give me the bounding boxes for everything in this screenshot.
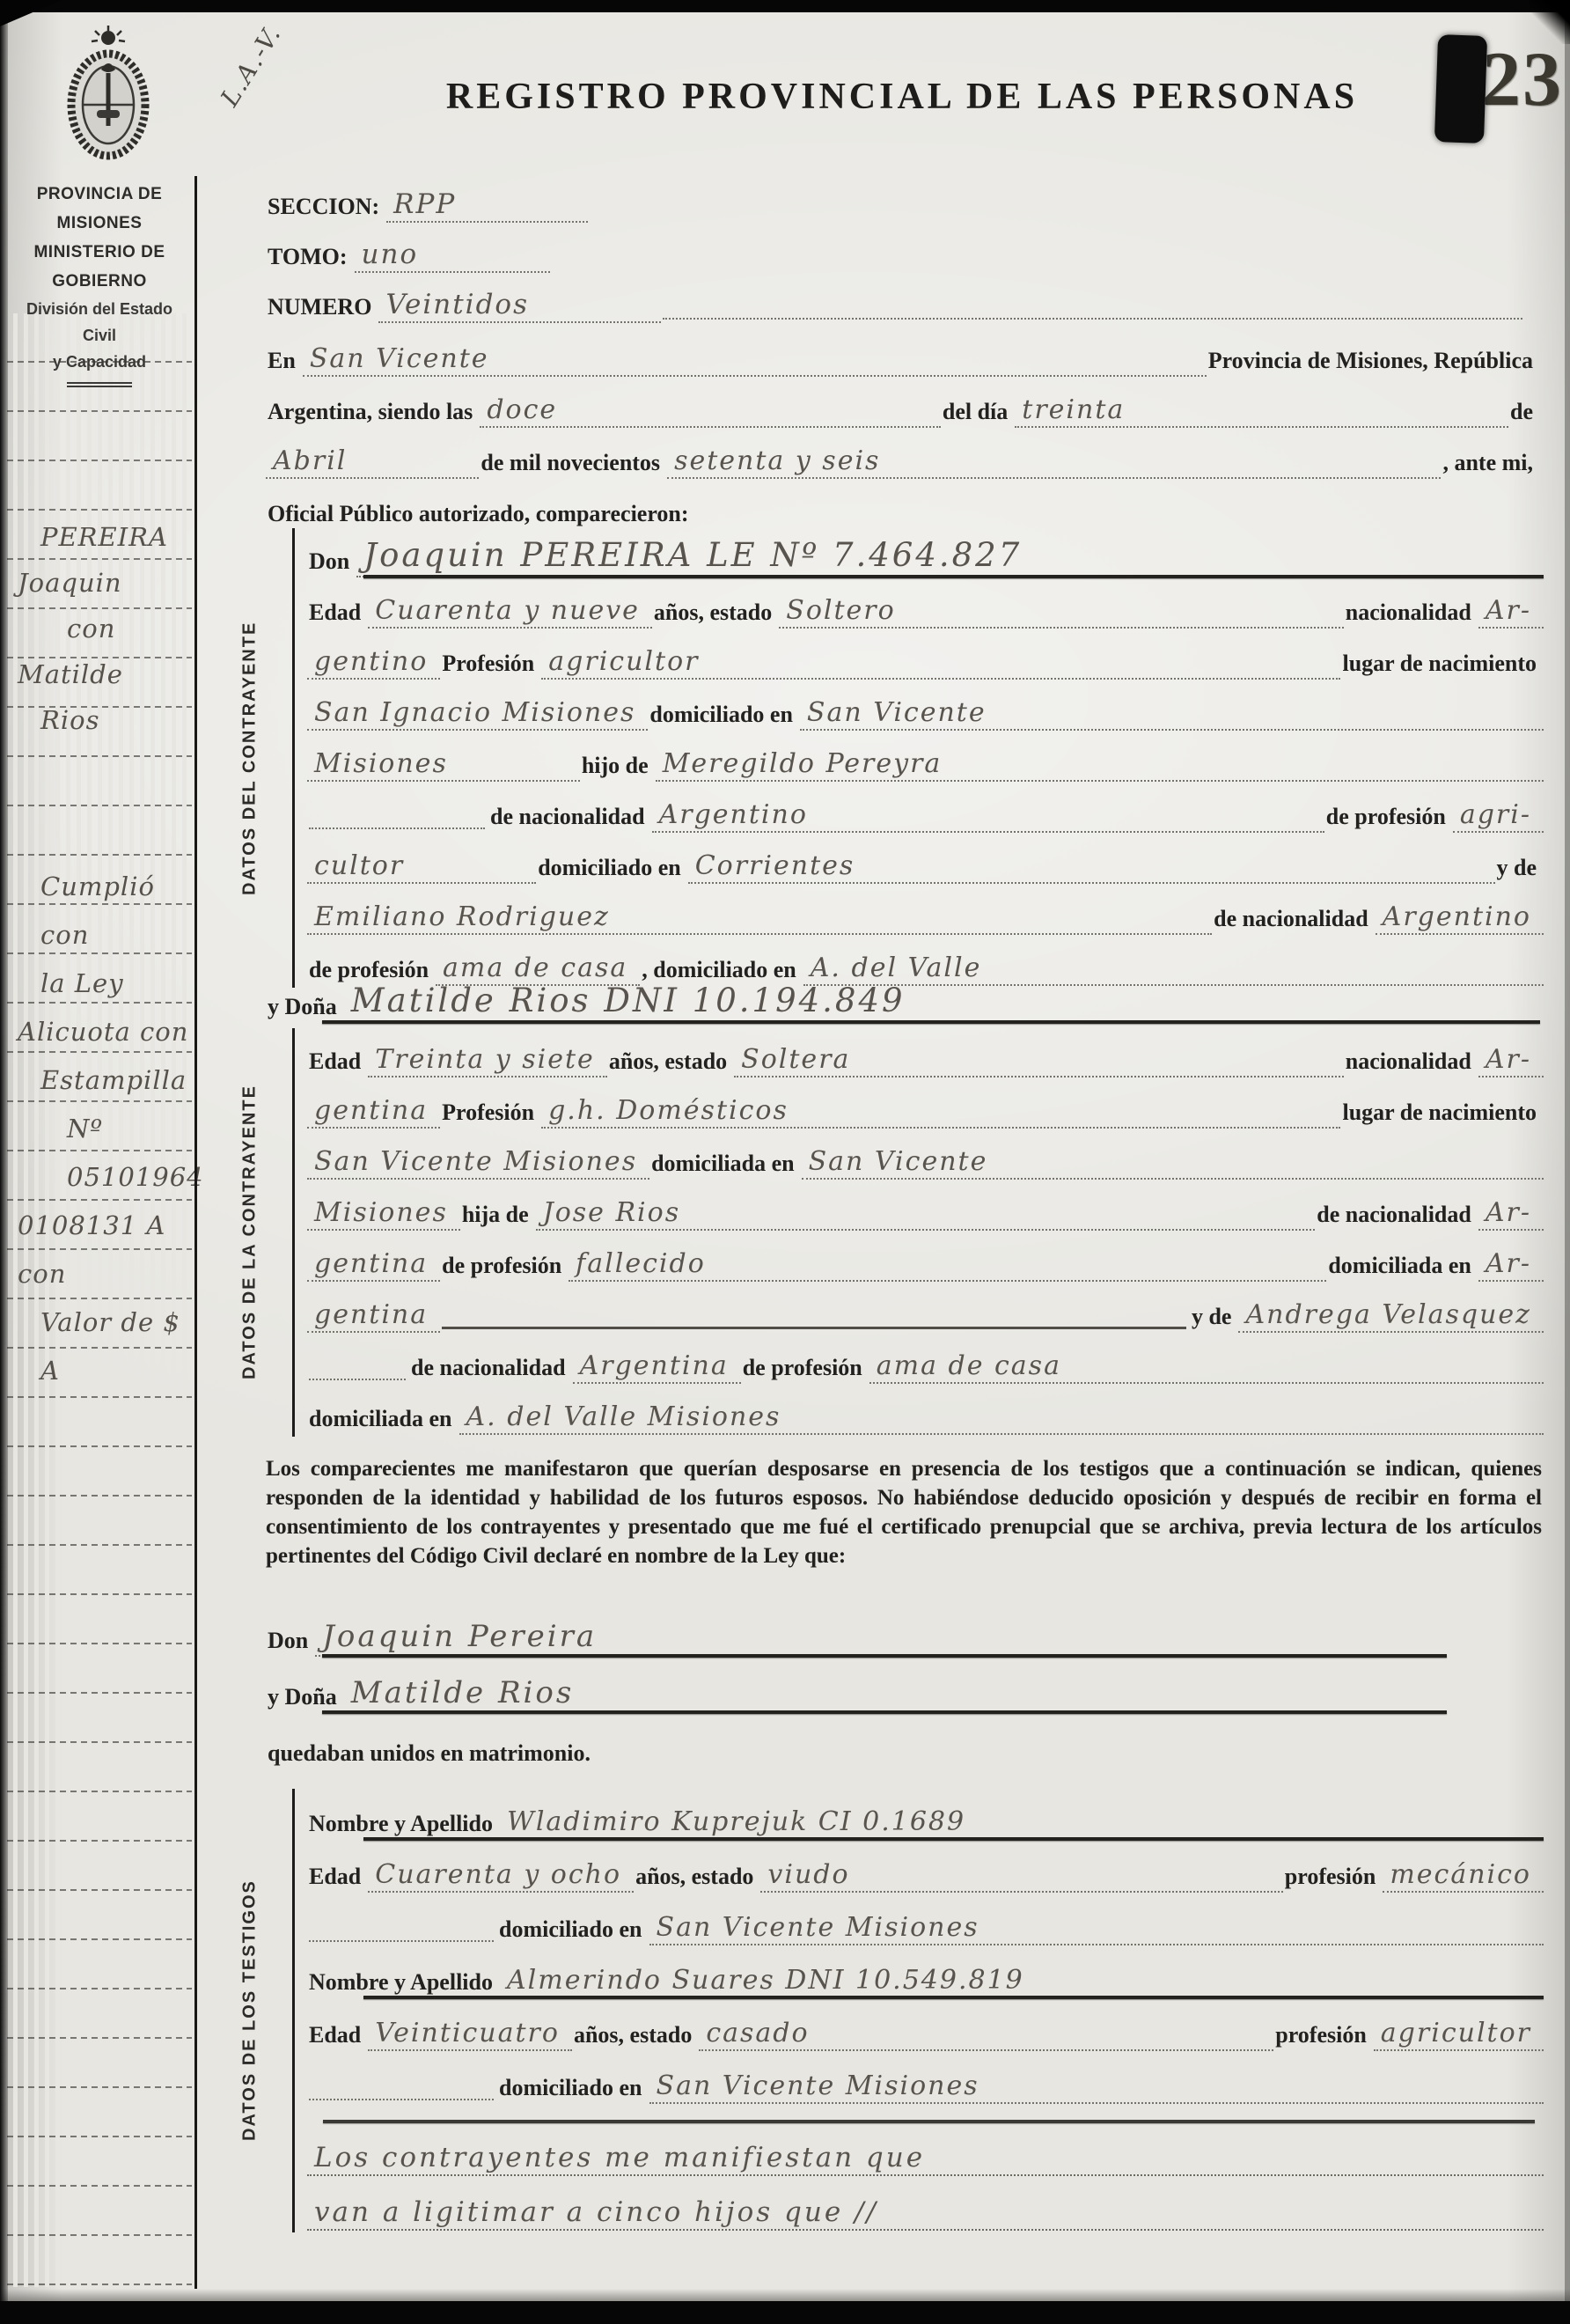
handwritten-text: Abril <box>266 446 479 479</box>
handwritten-text: Joaquin PEREIRA LE Nº 7.464.827 <box>356 538 1544 577</box>
handwritten-text: Wladimiro Kuprejuk CI 0.1689 <box>500 1807 1544 1840</box>
handwritten-text: uno <box>355 239 551 273</box>
margin-note: la Ley <box>12 960 194 1008</box>
printed-text: y de <box>1495 855 1544 886</box>
form-line: San Vicente Misionesdomiciliada enSan Vi… <box>307 1130 1544 1181</box>
printed-text: años, estado <box>634 1864 760 1894</box>
printed-text: de profesión <box>741 1355 869 1386</box>
ink-blot <box>1434 34 1487 143</box>
margin-notes-names: PEREIRAJoaquinconMatildeRios <box>12 514 194 743</box>
handwritten-text: San Vicente <box>800 698 1544 731</box>
printed-text: años, estado <box>652 599 779 630</box>
printed-text: En <box>266 348 303 379</box>
groom-name-line: DonJoaquin PEREIRA LE Nº 7.464.827 <box>307 528 1544 579</box>
printed-text: años, estado <box>572 2022 699 2053</box>
form-line: domiciliada enA. del Valle Misiones <box>307 1386 1544 1437</box>
printed-text: y Doña <box>266 1684 344 1715</box>
witness1-name-line: Nombre y ApellidoWladimiro Kuprejuk CI 0… <box>307 1789 1544 1842</box>
form-line: gentinade profesiónfallecidodomiciliada … <box>307 1232 1544 1283</box>
bride-section-label: DATOS DE LA CONTRAYENTE <box>217 1028 282 1437</box>
printed-text: de profesión <box>1324 804 1453 835</box>
handwritten-text: casado <box>699 2019 1273 2051</box>
printed-text: quedaban unidos en matrimonio. <box>266 1740 598 1771</box>
margin-note: Joaquin <box>12 560 194 606</box>
form-line: gentinaProfesióng.h. Domésticoslugar de … <box>307 1079 1544 1130</box>
org-line: y Capacidad <box>9 349 190 375</box>
closing-note-line: Los contrayentes me manifiestan que <box>307 2123 1544 2178</box>
handwritten-text: Meregildo Pereyra <box>656 749 1544 782</box>
margin-note: con <box>12 606 194 651</box>
handwritten-text: ama de casa <box>869 1351 1544 1384</box>
printed-text: Argentina, siendo las <box>266 399 480 430</box>
margin-note: Rios <box>12 697 194 743</box>
form-line: de nacionalidadArgentinade profesiónama … <box>307 1335 1544 1386</box>
handwritten-text: fallecido <box>569 1249 1326 1282</box>
form-line: San Ignacio Misionesdomiciliado enSan Vi… <box>307 681 1544 732</box>
handwritten-text: Ar- <box>1478 596 1544 629</box>
margin-note: Nº 05101964 <box>12 1105 194 1202</box>
printed-text: domiciliada en <box>1326 1253 1478 1283</box>
handwritten-text: viudo <box>760 1860 1282 1893</box>
handwritten-text: g.h. Domésticos <box>541 1096 1340 1129</box>
printed-text: Don <box>266 1628 315 1658</box>
registry-fields: SECCION:RPP TOMO:uno NUMEROVeintidos <box>266 174 1526 325</box>
form-body: SECCION:RPP TOMO:uno NUMEROVeintidos EnS… <box>211 0 1552 2324</box>
form-line: domiciliado enSan Vicente Misiones <box>307 1894 1544 1947</box>
handwritten-text: Misiones <box>307 749 580 782</box>
dotted-filler <box>442 1327 1186 1329</box>
handwritten-text: Joaquin Pereira <box>315 1621 1447 1657</box>
handwritten-text: Soltero <box>779 596 1344 629</box>
handwritten-text: setenta y seis <box>667 446 1441 479</box>
printed-text: Profesión <box>440 1099 541 1130</box>
dotted-filler <box>309 2099 494 2100</box>
margin-note: Matilde <box>12 651 194 697</box>
handwritten-text: Cuarenta y ocho <box>368 1860 634 1893</box>
form-line: Misioneshijo deMeregildo Pereyra <box>307 732 1544 783</box>
printed-text: Nombre y Apellido <box>307 1811 500 1842</box>
printed-text: Provincia de Misiones, República <box>1207 348 1540 379</box>
handwritten-text: San Vicente Misiones <box>307 1147 649 1180</box>
dotted-filler <box>309 827 485 829</box>
union-statement: DonJoaquin Pereira y DoñaMatilde Rios qu… <box>266 1602 1447 1771</box>
handwritten-text: cultor <box>307 851 536 884</box>
scan-edge-right <box>1565 0 1570 2324</box>
scan-edge-top <box>0 0 1570 12</box>
form-line: Oficial Público autorizado, compareciero… <box>266 481 1540 532</box>
printed-text: Nombre y Apellido <box>307 1969 500 2000</box>
org-underline <box>67 382 132 387</box>
handwritten-text: treinta <box>1015 395 1508 428</box>
handwritten-text: doce <box>480 395 941 428</box>
printed-text: y de <box>1190 1304 1239 1335</box>
handwritten-text: gentina <box>307 1249 440 1282</box>
union-groom-line: DonJoaquin Pereira <box>266 1602 1447 1658</box>
printed-text: años, estado <box>607 1048 734 1079</box>
margin-note: PEREIRA <box>12 514 194 560</box>
org-line: División del Estado Civil <box>9 296 190 349</box>
sidebar-divider-line <box>194 176 197 2289</box>
printed-text: domiciliado en <box>648 702 800 732</box>
dotted-filler <box>309 1940 494 1942</box>
handwritten-text: Veintidos <box>378 290 661 323</box>
handwritten-text: Emiliano Rodriguez <box>307 902 1212 935</box>
printed-text: TOMO: <box>266 244 355 275</box>
margin-note: Cumplió con <box>12 863 194 960</box>
printed-text: lugar de nacimiento <box>1340 651 1544 681</box>
form-line: EdadTreinta y sieteaños, estadoSolterana… <box>307 1028 1544 1079</box>
printed-text: del día <box>941 399 1015 430</box>
printed-text: nacionalidad <box>1344 1048 1478 1079</box>
margin-notes-stamp: Cumplió conla LeyAlicuota conEstampillaN… <box>12 863 194 1395</box>
witnesses-section: DATOS DE LOS TESTIGOS Nombre y ApellidoW… <box>292 1789 1544 2232</box>
printed-text: Oficial Público autorizado, compareciero… <box>266 501 696 532</box>
handwritten-text: Ar- <box>1478 1198 1544 1231</box>
printed-text: , ante mi, <box>1441 450 1540 481</box>
handwritten-text: Treinta y siete <box>368 1045 607 1077</box>
bride-section: DATOS DE LA CONTRAYENTE EdadTreinta y si… <box>292 1028 1544 1437</box>
handwritten-text: Andrega Velasquez <box>1238 1300 1544 1333</box>
printed-text: Profesión <box>440 651 541 681</box>
printed-text: Edad <box>307 2022 368 2053</box>
printed-text: hijo de <box>580 753 656 783</box>
handwritten-text: Soltera <box>734 1045 1344 1077</box>
form-line: Misioneshija deJose Riosde nacionalidadA… <box>307 1181 1544 1232</box>
scan-edge-left <box>0 0 8 2324</box>
dotted-filler <box>663 318 1522 320</box>
form-line: Argentina, siendo lasdocedel díatreintad… <box>266 379 1540 430</box>
printed-text: profesión <box>1283 1864 1383 1894</box>
handwritten-text: gentina <box>307 1300 440 1333</box>
numero-line: NUMEROVeintidos <box>266 275 1526 325</box>
printed-text: de profesión <box>440 1253 569 1283</box>
handwritten-text: Argentina <box>573 1351 741 1384</box>
printed-text: lugar de nacimiento <box>1340 1099 1544 1130</box>
margin-note: Valor de $ A <box>12 1298 194 1395</box>
org-line: MINISTERIO DE GOBIERNO <box>9 238 190 296</box>
printed-text: de nacionalidad <box>409 1355 573 1386</box>
coat-of-arms-icon <box>51 19 165 171</box>
handwritten-text: San Vicente <box>303 344 1207 377</box>
margin-note: Alicuota con <box>12 1008 194 1056</box>
printed-text: domiciliado en <box>536 855 688 886</box>
handwritten-text: Misiones <box>307 1198 460 1231</box>
handwritten-text: gentino <box>307 647 440 680</box>
act-intro: EnSan VicenteProvincia de Misiones, Repú… <box>266 327 1540 532</box>
printed-text: profesión <box>1273 2022 1374 2053</box>
margin-note: 0108131 A con <box>12 1202 194 1298</box>
handwritten-text: San Vicente Misiones <box>649 1913 1544 1945</box>
scan-smudge-bottom <box>0 2289 1570 2301</box>
declaration-paragraph: Los comparecientes me manifestaron que q… <box>266 1454 1542 1570</box>
union-bride-line: y DoñaMatilde Rios <box>266 1658 1447 1715</box>
printed-text: Edad <box>307 1864 368 1894</box>
printed-text: domiciliada en <box>649 1151 802 1181</box>
union-result-line: quedaban unidos en matrimonio. <box>266 1715 1447 1771</box>
handwritten-text: Veinticuatro <box>368 2019 572 2051</box>
form-line: Abrilde mil novecientossetenta y seis, a… <box>266 430 1540 481</box>
page-number-stamp: 23 <box>1436 35 1563 143</box>
groom-section-label: DATOS DEL CONTRAYENTE <box>217 528 282 988</box>
handwritten-text: Corrientes <box>688 851 1495 884</box>
scan-corner-top-left <box>0 0 62 26</box>
handwritten-text: San Vicente Misiones <box>649 2071 1544 2104</box>
groom-section: DATOS DEL CONTRAYENTE DonJoaquin PEREIRA… <box>292 528 1544 988</box>
handwritten-text: agricultor <box>1374 2019 1544 2051</box>
form-line: de nacionalidadArgentinode profesiónagri… <box>307 783 1544 835</box>
closing-note-line: van a ligitimar a cinco hijos que // <box>307 2178 1544 2232</box>
document-page: L.A.-V. REGISTRO PROVINCIAL DE LAS PERSO… <box>0 0 1570 2324</box>
handwritten-text: Almerindo Suares DNI 10.549.819 <box>500 1966 1544 1998</box>
form-line: gentinay deAndrega Velasquez <box>307 1283 1544 1335</box>
printed-text: de nacionalidad <box>1212 906 1376 937</box>
handwritten-text: Matilde Rios DNI 10.194.849 <box>344 983 1540 1023</box>
printed-text: de <box>1508 399 1540 430</box>
printed-text: hija de <box>460 1202 536 1232</box>
handwritten-text: Los contrayentes me manifiestan que <box>307 2143 1544 2176</box>
bride-name-line: y DoñaMatilde Rios DNI 10.194.849 <box>266 974 1540 1025</box>
printed-text: Edad <box>307 599 368 630</box>
handwritten-text: van a ligitimar a cinco hijos que // <box>307 2197 1544 2231</box>
printed-text: domiciliada en <box>307 1406 459 1437</box>
handwritten-text: Argentino <box>652 800 1324 833</box>
margin-note: Estampilla <box>12 1056 194 1105</box>
org-line: PROVINCIA DE MISIONES <box>9 180 190 238</box>
tomo-line: TOMO:uno <box>266 224 1526 275</box>
handwritten-text: Cuarenta y nueve <box>368 596 652 629</box>
issuing-authority: PROVINCIA DE MISIONES MINISTERIO DE GOBI… <box>9 180 190 387</box>
handwritten-text: Ar- <box>1478 1249 1544 1282</box>
handwritten-text: mecánico <box>1383 1860 1544 1893</box>
dotted-filler <box>309 1379 406 1380</box>
handwritten-text: agricultor <box>541 647 1340 680</box>
printed-text: domiciliado en <box>497 1916 649 1947</box>
page-number: 23 <box>1482 35 1563 124</box>
form-line: Emiliano Rodriguezde nacionalidadArgenti… <box>307 886 1544 937</box>
printed-text: domiciliado en <box>497 2075 649 2106</box>
printed-text: y Doña <box>266 994 344 1025</box>
witnesses-section-label: DATOS DE LOS TESTIGOS <box>217 1789 282 2232</box>
printed-text: SECCION: <box>266 194 386 224</box>
form-line: EnSan VicenteProvincia de Misiones, Repú… <box>266 327 1540 379</box>
handwritten-text: RPP <box>386 189 588 223</box>
form-line: gentinoProfesiónagricultorlugar de nacim… <box>307 630 1544 681</box>
form-line: cultordomiciliado enCorrientesy de <box>307 835 1544 886</box>
handwritten-text: A. del Valle Misiones <box>459 1402 1544 1435</box>
handwritten-text: San Ignacio Misiones <box>307 698 648 731</box>
form-line: EdadCuarenta y ochoaños, estadoviudoprof… <box>307 1842 1544 1894</box>
form-line: EdadCuarenta y nueveaños, estadoSolteron… <box>307 579 1544 630</box>
printed-text: Edad <box>307 1048 368 1079</box>
printed-text: NUMERO <box>266 294 378 325</box>
handwritten-text: Argentino <box>1376 902 1544 935</box>
form-line: EdadVeinticuatroaños, estadocasadoprofes… <box>307 2000 1544 2053</box>
form-line: domiciliado enSan Vicente Misiones <box>307 2053 1544 2106</box>
handwritten-text: San Vicente <box>802 1147 1544 1180</box>
printed-text: de nacionalidad <box>488 804 652 835</box>
printed-text: de mil novecientos <box>479 450 667 481</box>
printed-text: de nacionalidad <box>1315 1202 1478 1232</box>
printed-text: Don <box>307 548 356 579</box>
printed-text: nacionalidad <box>1344 599 1478 630</box>
handwritten-text: gentina <box>307 1096 440 1129</box>
scan-corner-top-right <box>1530 0 1570 44</box>
seccion-line: SECCION:RPP <box>266 174 1526 224</box>
handwritten-text: agri- <box>1453 800 1544 833</box>
handwritten-text: Ar- <box>1478 1045 1544 1077</box>
handwritten-text: Matilde Rios <box>344 1677 1447 1713</box>
handwritten-text: Jose Rios <box>536 1198 1316 1231</box>
witness2-name-line: Nombre y ApellidoAlmerindo Suares DNI 10… <box>307 1947 1544 2000</box>
scan-edge-bottom <box>0 2301 1570 2324</box>
